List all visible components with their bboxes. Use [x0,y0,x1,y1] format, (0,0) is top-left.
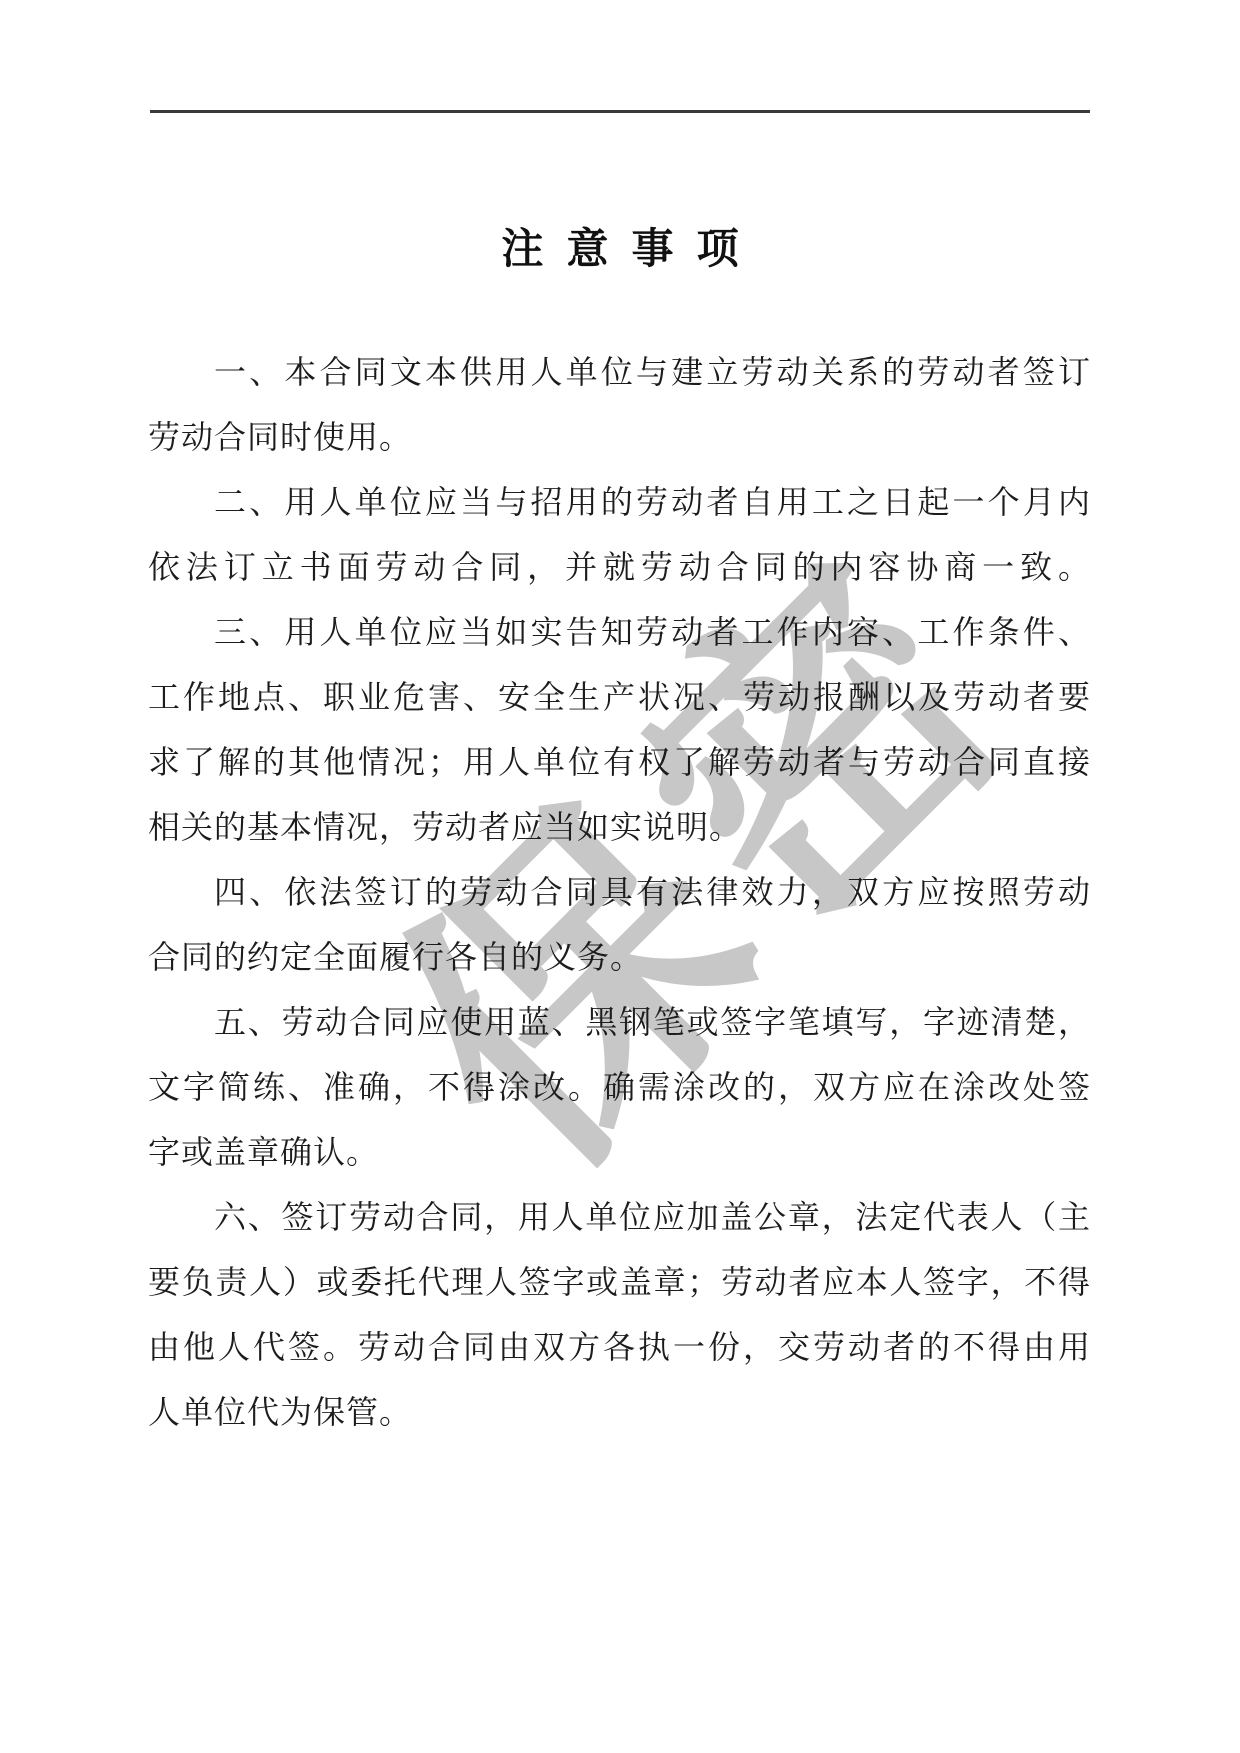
body-line: 三、用人单位应当如实告知劳动者工作内容、工作条件、 [148,600,1090,665]
body-line: 要负责人）或委托代理人签字或盖章；劳动者应本人签字，不得 [148,1250,1090,1315]
body-line: 依法订立书面劳动合同，并就劳动合同的内容协商一致。 [148,535,1090,600]
body-line: 五、劳动合同应使用蓝、黑钢笔或签字笔填写，字迹清楚， [148,990,1090,1055]
body-line: 一、本合同文本供用人单位与建立劳动关系的劳动者签订 [148,340,1090,405]
document-page: 保密 注意事项 一、本合同文本供用人单位与建立劳动关系的劳动者签订 劳动合同时使… [0,0,1240,1753]
body-line: 人单位代为保管。 [148,1380,1090,1445]
body-line: 劳动合同时使用。 [148,405,1090,470]
body-line: 六、签订劳动合同，用人单位应加盖公章，法定代表人（主 [148,1185,1090,1250]
body-line: 文字简练、准确，不得涂改。确需涂改的，双方应在涂改处签 [148,1055,1090,1120]
page-title: 注意事项 [0,216,1240,276]
body-line: 求了解的其他情况；用人单位有权了解劳动者与劳动合同直接 [148,730,1090,795]
body-line: 相关的基本情况，劳动者应当如实说明。 [148,795,1090,860]
body-line: 四、依法签订的劳动合同具有法律效力，双方应按照劳动 [148,860,1090,925]
header-rule [150,110,1090,113]
body-line: 由他人代签。劳动合同由双方各执一份，交劳动者的不得由用 [148,1315,1090,1380]
body-line: 工作地点、职业危害、安全生产状况、劳动报酬以及劳动者要 [148,665,1090,730]
document-body: 一、本合同文本供用人单位与建立劳动关系的劳动者签订 劳动合同时使用。 二、用人单… [148,340,1090,1445]
body-line: 二、用人单位应当与招用的劳动者自用工之日起一个月内 [148,470,1090,535]
body-line: 合同的约定全面履行各自的义务。 [148,925,1090,990]
body-line: 字或盖章确认。 [148,1120,1090,1185]
